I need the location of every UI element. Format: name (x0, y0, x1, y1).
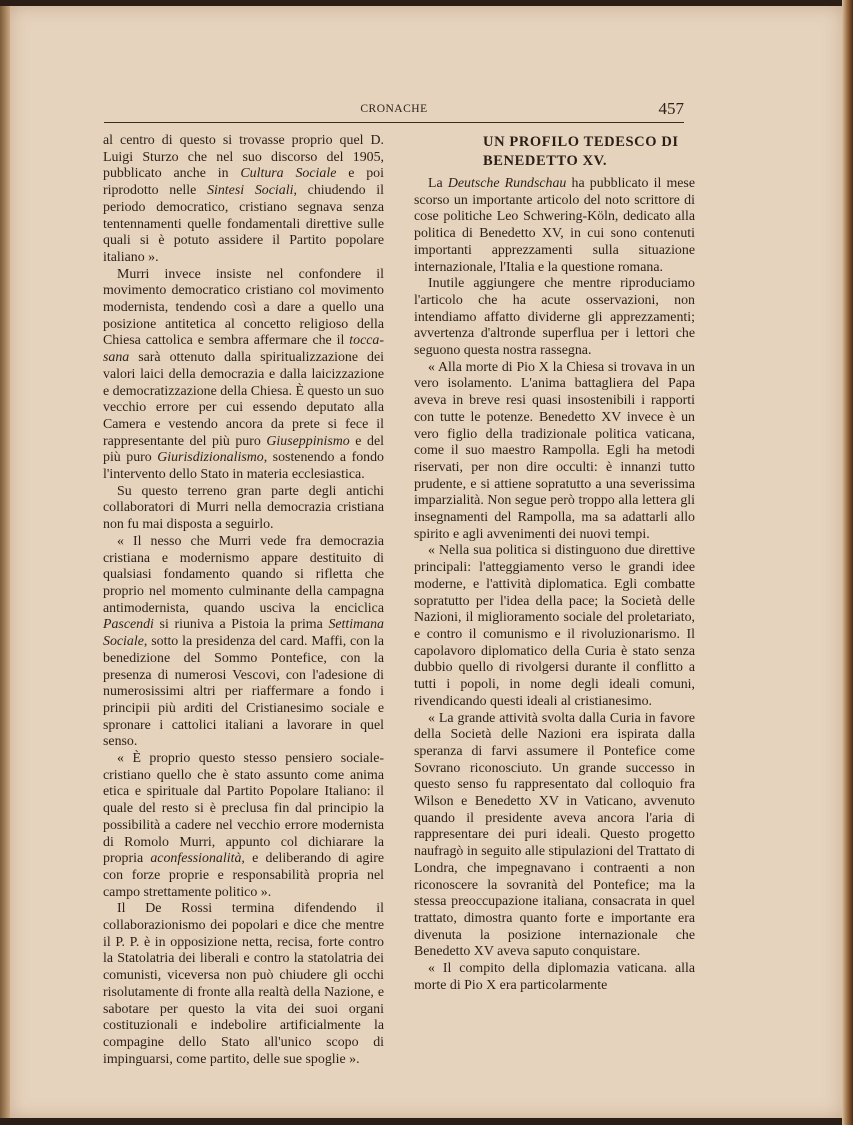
paragraph: « La grande attività svolta dalla Curia … (414, 711, 695, 962)
page-edge-right (842, 0, 853, 1125)
page-number: 457 (659, 99, 685, 119)
italic-title: Cultura Sociale (240, 166, 336, 181)
paragraph: Murri invece insiste nel confondere il m… (103, 267, 384, 484)
paragraph: « Nella sua politica si distinguono due … (414, 543, 695, 710)
right-column: UN PROFILO TEDESCO DI BENEDETTO XV. La D… (414, 133, 695, 994)
page-edge-left (0, 6, 10, 1118)
italic-title: Giurisdizionalismo (157, 450, 264, 465)
paragraph: « Il nesso che Murri vede fra democrazia… (103, 534, 384, 751)
paragraph: « Il compito della diplomazia vaticana. … (414, 961, 695, 994)
italic-title: Deutsche Rundschau (448, 176, 567, 191)
paragraph: « È proprio questo stesso pensiero socia… (103, 751, 384, 901)
page-header: CRONACHE 457 (104, 101, 684, 121)
italic-title: Sintesi Sociali (207, 183, 293, 198)
paragraph: Inutile aggiungere che mentre riproducia… (414, 276, 695, 360)
paragraph: La Deutsche Rundschau ha pubblicato il m… (414, 176, 695, 276)
paragraph: al centro di questo si trovasse proprio … (103, 133, 384, 267)
italic-title: Pascendi (103, 617, 154, 632)
running-head: CRONACHE (104, 103, 684, 115)
header-rule (104, 122, 684, 123)
italic-title: aconfessionalità (150, 851, 241, 866)
paragraph: Su questo terreno gran parte degli antic… (103, 484, 384, 534)
paragraph: « Alla morte di Pio X la Chiesa si trova… (414, 360, 695, 544)
section-title: UN PROFILO TEDESCO DI BENEDETTO XV. (414, 133, 695, 171)
paragraph: Il De Rossi termina difendendo il collab… (103, 901, 384, 1068)
left-column: al centro di questo si trovasse proprio … (103, 133, 384, 1068)
italic-title: Giuseppinismo (266, 434, 349, 449)
italic-title: tocca-sana (103, 333, 384, 365)
